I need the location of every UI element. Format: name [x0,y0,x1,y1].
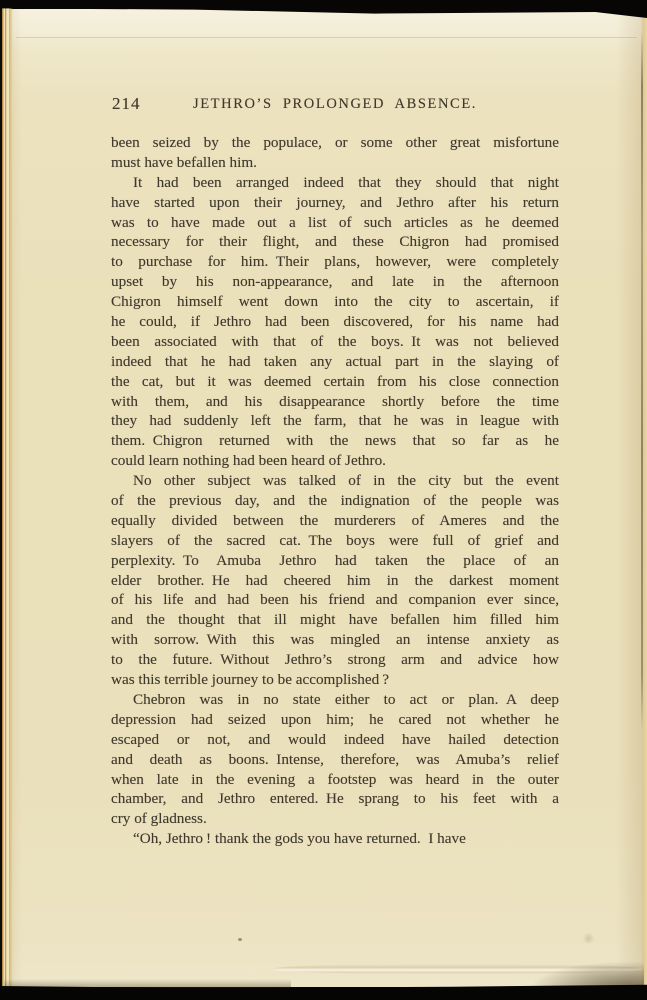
text-line: It had been arranged indeed that they sh… [111,173,559,193]
paragraph: been seized by the populace, or some oth… [111,133,559,173]
text-line: No other subject was talked of in the ci… [111,471,559,491]
text-line: of his life and had been his friend and … [111,590,559,610]
corner-shadow [529,961,644,989]
text-line: and the thought that ill might have befa… [111,610,559,630]
page-stack-left-edge [0,6,13,989]
text-line: them. Chigron returned with the news tha… [111,431,559,451]
text-line: been associated with that of the boys. I… [111,332,559,352]
text-line: with sorrow. With this was mingled an in… [111,630,559,650]
text-line: he could, if Jethro had been discovered,… [111,312,559,332]
text-line: they had suddenly left the farm, that he… [111,411,559,431]
text-line: Chigron himself went down into the city … [111,292,559,312]
book-scan: 214 JETHRO’S PROLONGED ABSENCE. been sei… [0,0,647,1000]
page-header: 214 JETHRO’S PROLONGED ABSENCE. [111,94,559,116]
text-line: to the future. Without Jethro’s strong a… [111,650,559,670]
text-line: was this terrible journey to be accompli… [111,670,559,690]
text-line: “Oh, Jethro ! thank the gods you have re… [111,829,559,849]
page-top-edge [16,37,637,38]
text-line: of the previous day, and the indignation… [111,491,559,511]
paragraph: It had been arranged indeed that they sh… [111,173,559,471]
text-line: the cat, but it was deemed certain from … [111,372,559,392]
page-text: been seized by the populace, or some oth… [111,133,559,849]
text-line: chamber, and Jethro entered. He sprang t… [111,789,559,809]
text-line: been seized by the populace, or some oth… [111,133,559,153]
text-line: equally divided between the murderers of… [111,511,559,531]
text-line: and death as boons. Intense, therefore, … [111,750,559,770]
paragraph: “Oh, Jethro ! thank the gods you have re… [111,829,559,849]
text-line: was to have made out a list of such arti… [111,213,559,233]
text-line: upset by his non-appearance, and late in… [111,272,559,292]
text-line: depression had seized upon him; he cared… [111,710,559,730]
page-right-crease [641,30,643,730]
text-line: to purchase for him. Their plans, howeve… [111,252,559,272]
text-line: necessary for their flight, and these Ch… [111,232,559,252]
text-line: elder brother. He had cheered him in the… [111,571,559,591]
text-line: indeed that he had taken any actual part… [111,352,559,372]
text-line: when late in the evening a footstep was … [111,770,559,790]
paragraph: No other subject was talked of in the ci… [111,471,559,690]
paper-speck [238,938,242,941]
text-line: slayers of the sacred cat. The boys were… [111,531,559,551]
paragraph: Chebron was in no state either to act or… [111,690,559,829]
paper-stain [582,933,595,944]
text-line: with them, and his disappearance shortly… [111,392,559,412]
text-line: Chebron was in no state either to act or… [111,690,559,710]
text-line: escaped or not, and would indeed have ha… [111,730,559,750]
running-title: JETHRO’S PROLONGED ABSENCE. [111,96,559,113]
text-line: must have befallen him. [111,153,559,173]
text-line: perplexity. To Amuba Jethro had taken th… [111,551,559,571]
text-line: cry of gladness. [111,809,559,829]
text-line: have started upon their journey, and Jet… [111,193,559,213]
text-line: could learn nothing had been heard of Je… [111,451,559,471]
